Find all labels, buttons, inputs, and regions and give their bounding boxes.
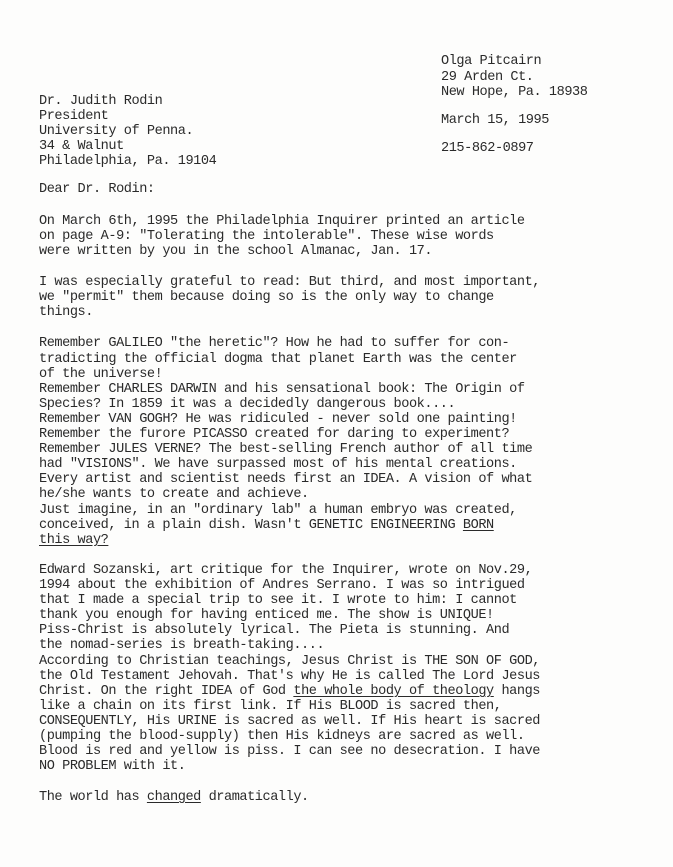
text-line: like a chain on its first link. If His B… xyxy=(39,699,501,714)
text-line: Remember the furore PICASSO created for … xyxy=(39,427,509,442)
recipient-street: 34 & Walnut xyxy=(39,139,124,154)
underlined-text: BORN xyxy=(463,518,494,533)
text-line-with-underline: conceived, in a plain dish. Wasn't GENET… xyxy=(39,518,494,533)
text-line: that I made a special trip to see it. I … xyxy=(39,593,517,608)
text-line-with-underline: Christ. On the right IDEA of God the who… xyxy=(39,684,540,699)
text-line: the nomad-series is breath-taking.... xyxy=(39,638,324,653)
text-line: tradicting the official dogma that plane… xyxy=(39,352,517,367)
text-line: 1994 about the exhibition of Andres Serr… xyxy=(39,578,525,593)
text-line: CONSEQUENTLY, His URINE is sacred as wel… xyxy=(39,714,540,729)
text-line: On March 6th, 1995 the Philadelphia Inqu… xyxy=(39,214,525,229)
text-line: Every artist and scientist needs first a… xyxy=(39,472,532,487)
text-line: Just imagine, in an "ordinary lab" a hum… xyxy=(39,503,517,518)
text-line: Remember CHARLES DARWIN and his sensatio… xyxy=(39,382,525,397)
sender-city: New Hope, Pa. 18938 xyxy=(441,85,587,100)
underlined-text: this way? xyxy=(39,533,108,548)
sender-street: 29 Arden Ct. xyxy=(441,70,534,85)
text-line: Blood is red and yellow is piss. I can s… xyxy=(39,744,540,759)
text-line: Edward Sozanski, art critique for the In… xyxy=(39,563,532,578)
text-line: Piss-Christ is absolutely lyrical. The P… xyxy=(39,623,509,638)
letter-date: March 15, 1995 xyxy=(441,113,549,128)
sender-name: Olga Pitcairn xyxy=(441,54,541,69)
recipient-title: President xyxy=(39,109,108,124)
text-segment: hangs xyxy=(494,684,540,699)
text-segment: dramatically. xyxy=(201,790,309,805)
text-segment: The world has xyxy=(39,790,147,805)
letter-page: Olga Pitcairn 29 Arden Ct. New Hope, Pa.… xyxy=(0,0,673,867)
text-line: (pumping the blood-supply) then His kidn… xyxy=(39,729,525,744)
text-line: I was especially grateful to read: But t… xyxy=(39,275,540,290)
underlined-text: changed xyxy=(147,790,201,805)
text-line: on page A-9: "Tolerating the intolerable… xyxy=(39,229,494,244)
recipient-city: Philadelphia, Pa. 19104 xyxy=(39,154,216,169)
text-line: According to Christian teachings, Jesus … xyxy=(39,654,540,669)
salutation: Dear Dr. Rodin: xyxy=(39,182,155,197)
text-line: Remember VAN GOGH? He was ridiculed - ne… xyxy=(39,412,517,427)
text-line: Remember GALILEO "the heretic"? How he h… xyxy=(39,336,509,351)
text-line: Remember JULES VERNE? The best-selling F… xyxy=(39,442,532,457)
text-line: we "permit" them because doing so is the… xyxy=(39,290,494,305)
text-line: had "VISIONS". We have surpassed most of… xyxy=(39,457,517,472)
text-line: thank you enough for having enticed me. … xyxy=(39,608,494,623)
sender-phone: 215-862-0897 xyxy=(441,141,534,156)
text-segment: Christ. On the right IDEA of God xyxy=(39,684,293,699)
text-line-with-underline: The world has changed dramatically. xyxy=(39,790,309,805)
text-line: the Old Testament Jehovah. That's why He… xyxy=(39,669,540,684)
recipient-organization: University of Penna. xyxy=(39,124,193,139)
text-line: things. xyxy=(39,305,93,320)
text-line: NO PROBLEM with it. xyxy=(39,759,185,774)
text-line: of the universe! xyxy=(39,367,162,382)
text-line-underlined: this way? xyxy=(39,533,108,548)
text-segment: conceived, in a plain dish. Wasn't GENET… xyxy=(39,518,463,533)
text-line: were written by you in the school Almana… xyxy=(39,244,432,259)
text-line: Species? In 1859 it was a decidedly dang… xyxy=(39,397,455,412)
text-line: he/she wants to create and achieve. xyxy=(39,487,309,502)
underlined-text: the whole body of theology xyxy=(293,684,493,699)
recipient-name: Dr. Judith Rodin xyxy=(39,94,162,109)
